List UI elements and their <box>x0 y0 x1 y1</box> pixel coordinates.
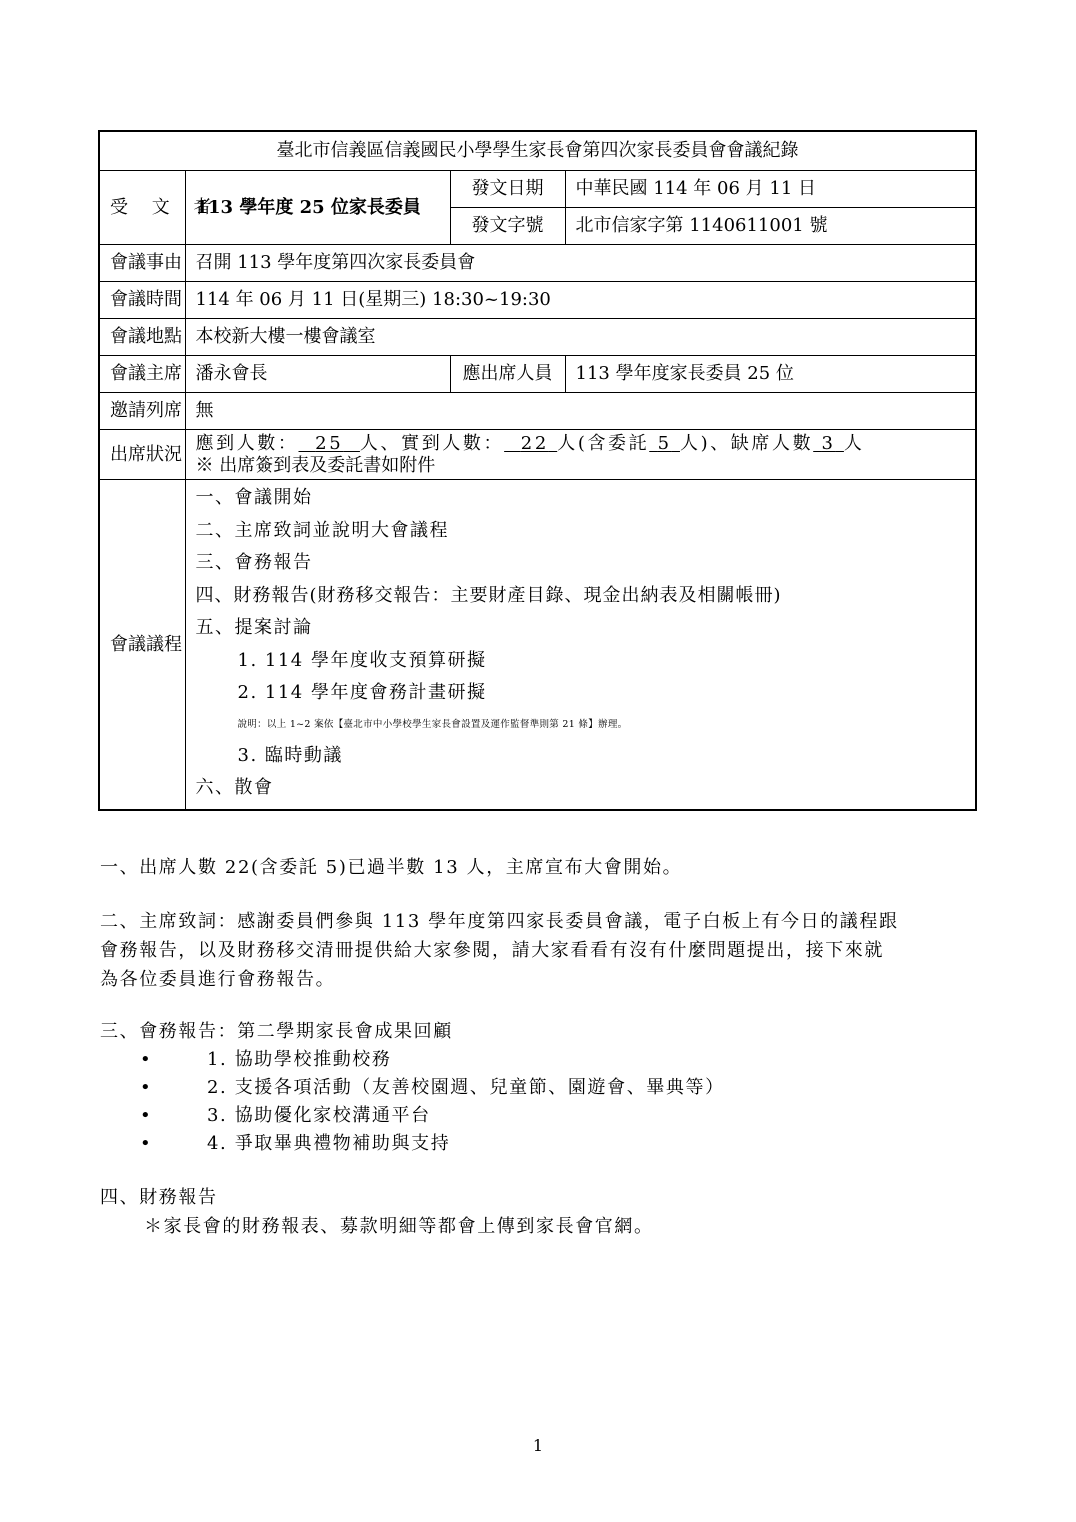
doc-number-value: 北市信家字第 1140611001 號 <box>565 208 976 245</box>
location-value: 本校新大樓一樓會議室 <box>185 319 976 356</box>
minutes-item-4: 四、財務報告 ＊家長會的財務報表、募款明細等都會上傳到家長會官網。 <box>100 1183 980 1241</box>
minutes-item-2-line: 會務報告，以及財務移交清冊提供給大家參閱，請大家看看有沒有什麼問題提出，接下來就 <box>100 936 980 965</box>
agenda-sub-item: 2. 114 學年度會務計畫研擬 <box>196 677 966 710</box>
agenda-item: 五、提案討論 <box>196 612 966 645</box>
minutes-item-2-line: 為各位委員進行會務報告。 <box>100 965 980 994</box>
absent-count-value: 3 <box>822 433 836 454</box>
location-label: 會議地點 <box>99 319 185 356</box>
recipient-value: 113 學年度 25 位家長委員 <box>185 171 450 245</box>
attendance-counts: 應到人數： 25 人、實到人數： 22 人(含委託 5 人)、缺席人數 3 人 <box>196 433 966 455</box>
agenda-note: 說明：以上 1~2 案依【臺北市中小學校學生家長會設置及運作監督準則第 21 條… <box>196 710 966 740</box>
minutes-item-3-title: 三、會務報告：第二學期家長會成果回顧 <box>100 1017 980 1046</box>
attendance-label: 出席狀況 <box>99 430 185 480</box>
agenda-list: 一、會議開始 二、主席致詞並說明大會議程 三、會務報告 四、財務報告(財務移交報… <box>185 480 976 810</box>
minutes-item-3: 三、會務報告：第二學期家長會成果回顧 • 1. 協助學校推動校務 • 2. 支援… <box>100 1017 980 1158</box>
bullet-icon: • <box>140 1130 152 1158</box>
attendance-note: ※ 出席簽到表及委託書如附件 <box>196 455 966 477</box>
invited-label: 邀請列席 <box>99 393 185 430</box>
expected-attendees-label: 應出席人員 <box>450 356 565 393</box>
report-bullet-text: 4. 爭取畢典禮物補助與支持 <box>207 1130 450 1158</box>
issue-date-label: 發文日期 <box>450 171 565 208</box>
minutes-item-4-title: 四、財務報告 <box>100 1183 980 1212</box>
chair-value: 潘永會長 <box>185 356 450 393</box>
proxy-count-value: 5 <box>658 433 672 454</box>
agenda-sub-item: 3. 臨時動議 <box>196 740 966 773</box>
agenda-item: 一、會議開始 <box>196 482 966 515</box>
report-bullet-item: • 2. 支援各項活動（友善校園週、兒童節、園遊會、畢典等） <box>100 1074 980 1102</box>
subject-label: 會議事由 <box>99 245 185 282</box>
report-bullet-text: 2. 支援各項活動（友善校園週、兒童節、園遊會、畢典等） <box>207 1074 725 1102</box>
bullet-icon: • <box>140 1102 152 1130</box>
report-bullet-text: 1. 協助學校推動校務 <box>207 1046 392 1074</box>
invited-value: 無 <box>185 393 976 430</box>
absent-count: 3 <box>813 433 844 454</box>
absent-count-prefix: 人)、缺席人數 <box>680 433 813 454</box>
proxy-count: 5 <box>649 433 680 454</box>
minutes-item-1: 一、出席人數 22(含委託 5)已過半數 13 人，主席宣布大會開始。 <box>100 853 980 882</box>
page-number: 1 <box>0 1436 1076 1455</box>
report-bullet-item: • 1. 協助學校推動校務 <box>100 1046 980 1074</box>
document-page: 臺北市信義區信義國民小學學生家長會第四次家長委員會會議紀錄 受 文 者 113 … <box>0 0 1076 1522</box>
attendance-value: 應到人數： 25 人、實到人數： 22 人(含委託 5 人)、缺席人數 3 人 … <box>185 430 976 480</box>
actual-count-prefix: 人、實到人數： <box>360 433 504 454</box>
actual-count: 22 <box>504 433 557 454</box>
minutes-item-4-note: ＊家長會的財務報表、募款明細等都會上傳到家長會官網。 <box>100 1212 980 1241</box>
expected-count-prefix: 應到人數： <box>196 433 299 454</box>
expected-attendees-value: 113 學年度家長委員 25 位 <box>565 356 976 393</box>
expected-count-value: 25 <box>315 433 343 454</box>
proxy-count-prefix: 人(含委託 <box>557 433 649 454</box>
minutes-item-2: 二、主席致詞：感謝委員們參與 113 學年度第四家長委員會議，電子白板上有今日的… <box>100 907 980 994</box>
recipient-label: 受 文 者 <box>99 171 185 245</box>
doc-number-label: 發文字號 <box>450 208 565 245</box>
issue-date-value: 中華民國 114 年 06 月 11 日 <box>565 171 976 208</box>
expected-count: 25 <box>299 433 360 454</box>
document-title: 臺北市信義區信義國民小學學生家長會第四次家長委員會會議紀錄 <box>99 131 976 171</box>
absent-count-suffix: 人 <box>844 433 865 454</box>
agenda-item: 六、散會 <box>196 772 966 805</box>
agenda-item: 四、財務報告(財務移交報告：主要財產目錄、現金出納表及相關帳冊) <box>196 580 966 613</box>
report-bullet-item: • 3. 協助優化家校溝通平台 <box>100 1102 980 1130</box>
bullet-icon: • <box>140 1046 152 1074</box>
agenda-item: 二、主席致詞並說明大會議程 <box>196 515 966 548</box>
agenda-item: 三、會務報告 <box>196 547 966 580</box>
minutes-item-2-line: 二、主席致詞：感謝委員們參與 113 學年度第四家長委員會議，電子白板上有今日的… <box>100 907 980 936</box>
actual-count-value: 22 <box>521 433 549 454</box>
chair-label: 會議主席 <box>99 356 185 393</box>
subject-value: 召開 113 學年度第四次家長委員會 <box>185 245 976 282</box>
agenda-label: 會議議程 <box>99 480 185 810</box>
bullet-icon: • <box>140 1074 152 1102</box>
report-bullet-text: 3. 協助優化家校溝通平台 <box>207 1102 431 1130</box>
meeting-info-table: 臺北市信義區信義國民小學學生家長會第四次家長委員會會議紀錄 受 文 者 113 … <box>98 130 977 811</box>
report-bullet-item: • 4. 爭取畢典禮物補助與支持 <box>100 1130 980 1158</box>
agenda-sub-item: 1. 114 學年度收支預算研擬 <box>196 645 966 678</box>
time-value: 114 年 06 月 11 日(星期三) 18:30~19:30 <box>185 282 976 319</box>
time-label: 會議時間 <box>99 282 185 319</box>
